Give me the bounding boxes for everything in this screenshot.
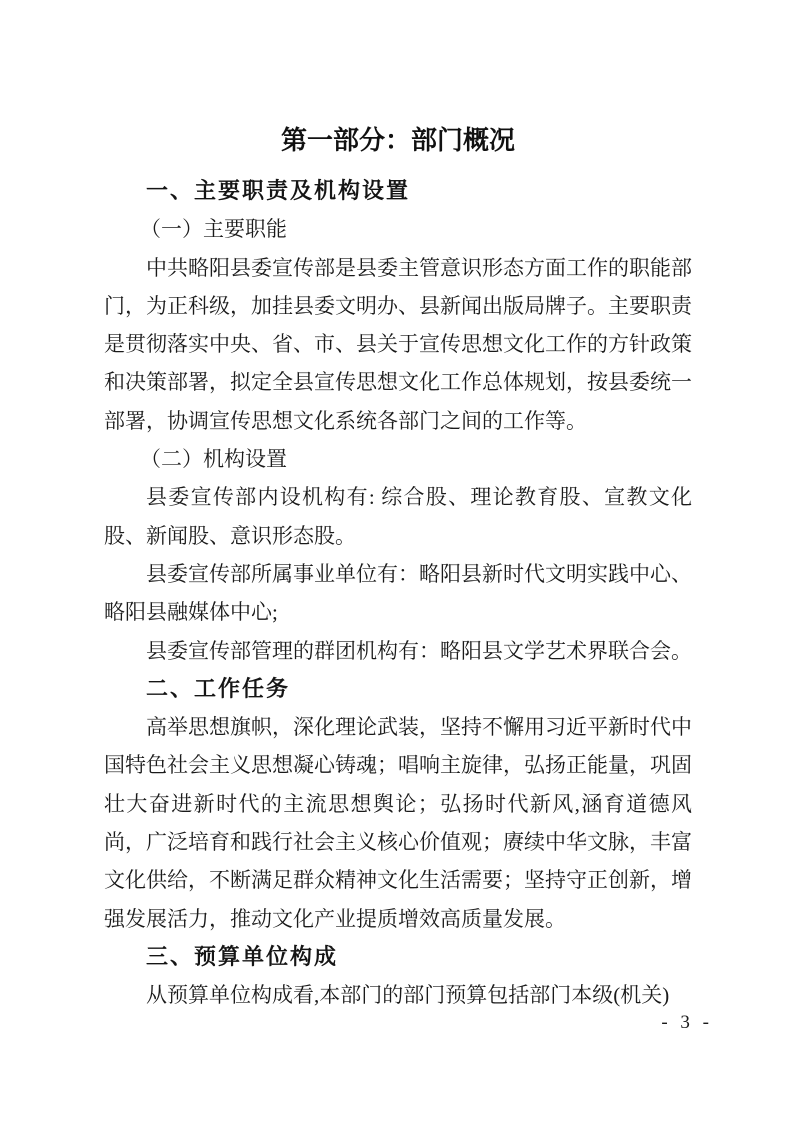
page-number: - 3 - [661, 1008, 713, 1038]
document-content: 第一部分：部门概况 一、主要职责及机构设置 （一）主要职能 中共略阳县委宣传部是… [104, 117, 692, 1015]
document-title: 第一部分：部门概况 [104, 117, 692, 164]
paragraph-main-functions: 中共略阳县委宣传部是县委主管意识形态方面工作的职能部门，为正科级，加挂县委文明办… [104, 249, 692, 440]
paragraph-work-tasks: 高举思想旗帜，深化理论武装，坚持不懈用习近平新时代中国特色社会主义思想凝心铸魂；… [104, 708, 692, 938]
paragraph-public-institutions: 县委宣传部所属事业单位有：略阳县新时代文明实践中心、略阳县融媒体中心; [104, 555, 692, 632]
paragraph-internal-organs: 县委宣传部内设机构有: 综合股、理论教育股、宣教文化股、新闻股、意识形态股。 [104, 478, 692, 555]
subsection-heading-organization-setup: （二）机构设置 [104, 440, 692, 478]
subsection-heading-main-functions: （一）主要职能 [104, 210, 692, 248]
section-heading-work-tasks: 二、工作任务 [104, 670, 692, 708]
paragraph-budget-unit-composition: 从预算单位构成看,本部门的部门预算包括部门本级(机关) [104, 976, 692, 1014]
section-heading-duties-and-structure: 一、主要职责及机构设置 [104, 172, 692, 210]
paragraph-mass-organizations: 县委宣传部管理的群团机构有：略阳县文学艺术界联合会。 [104, 632, 692, 670]
document-page: 第一部分：部门概况 一、主要职责及机构设置 （一）主要职能 中共略阳县委宣传部是… [0, 0, 793, 1122]
section-heading-budget-unit-composition: 三、预算单位构成 [104, 938, 692, 976]
